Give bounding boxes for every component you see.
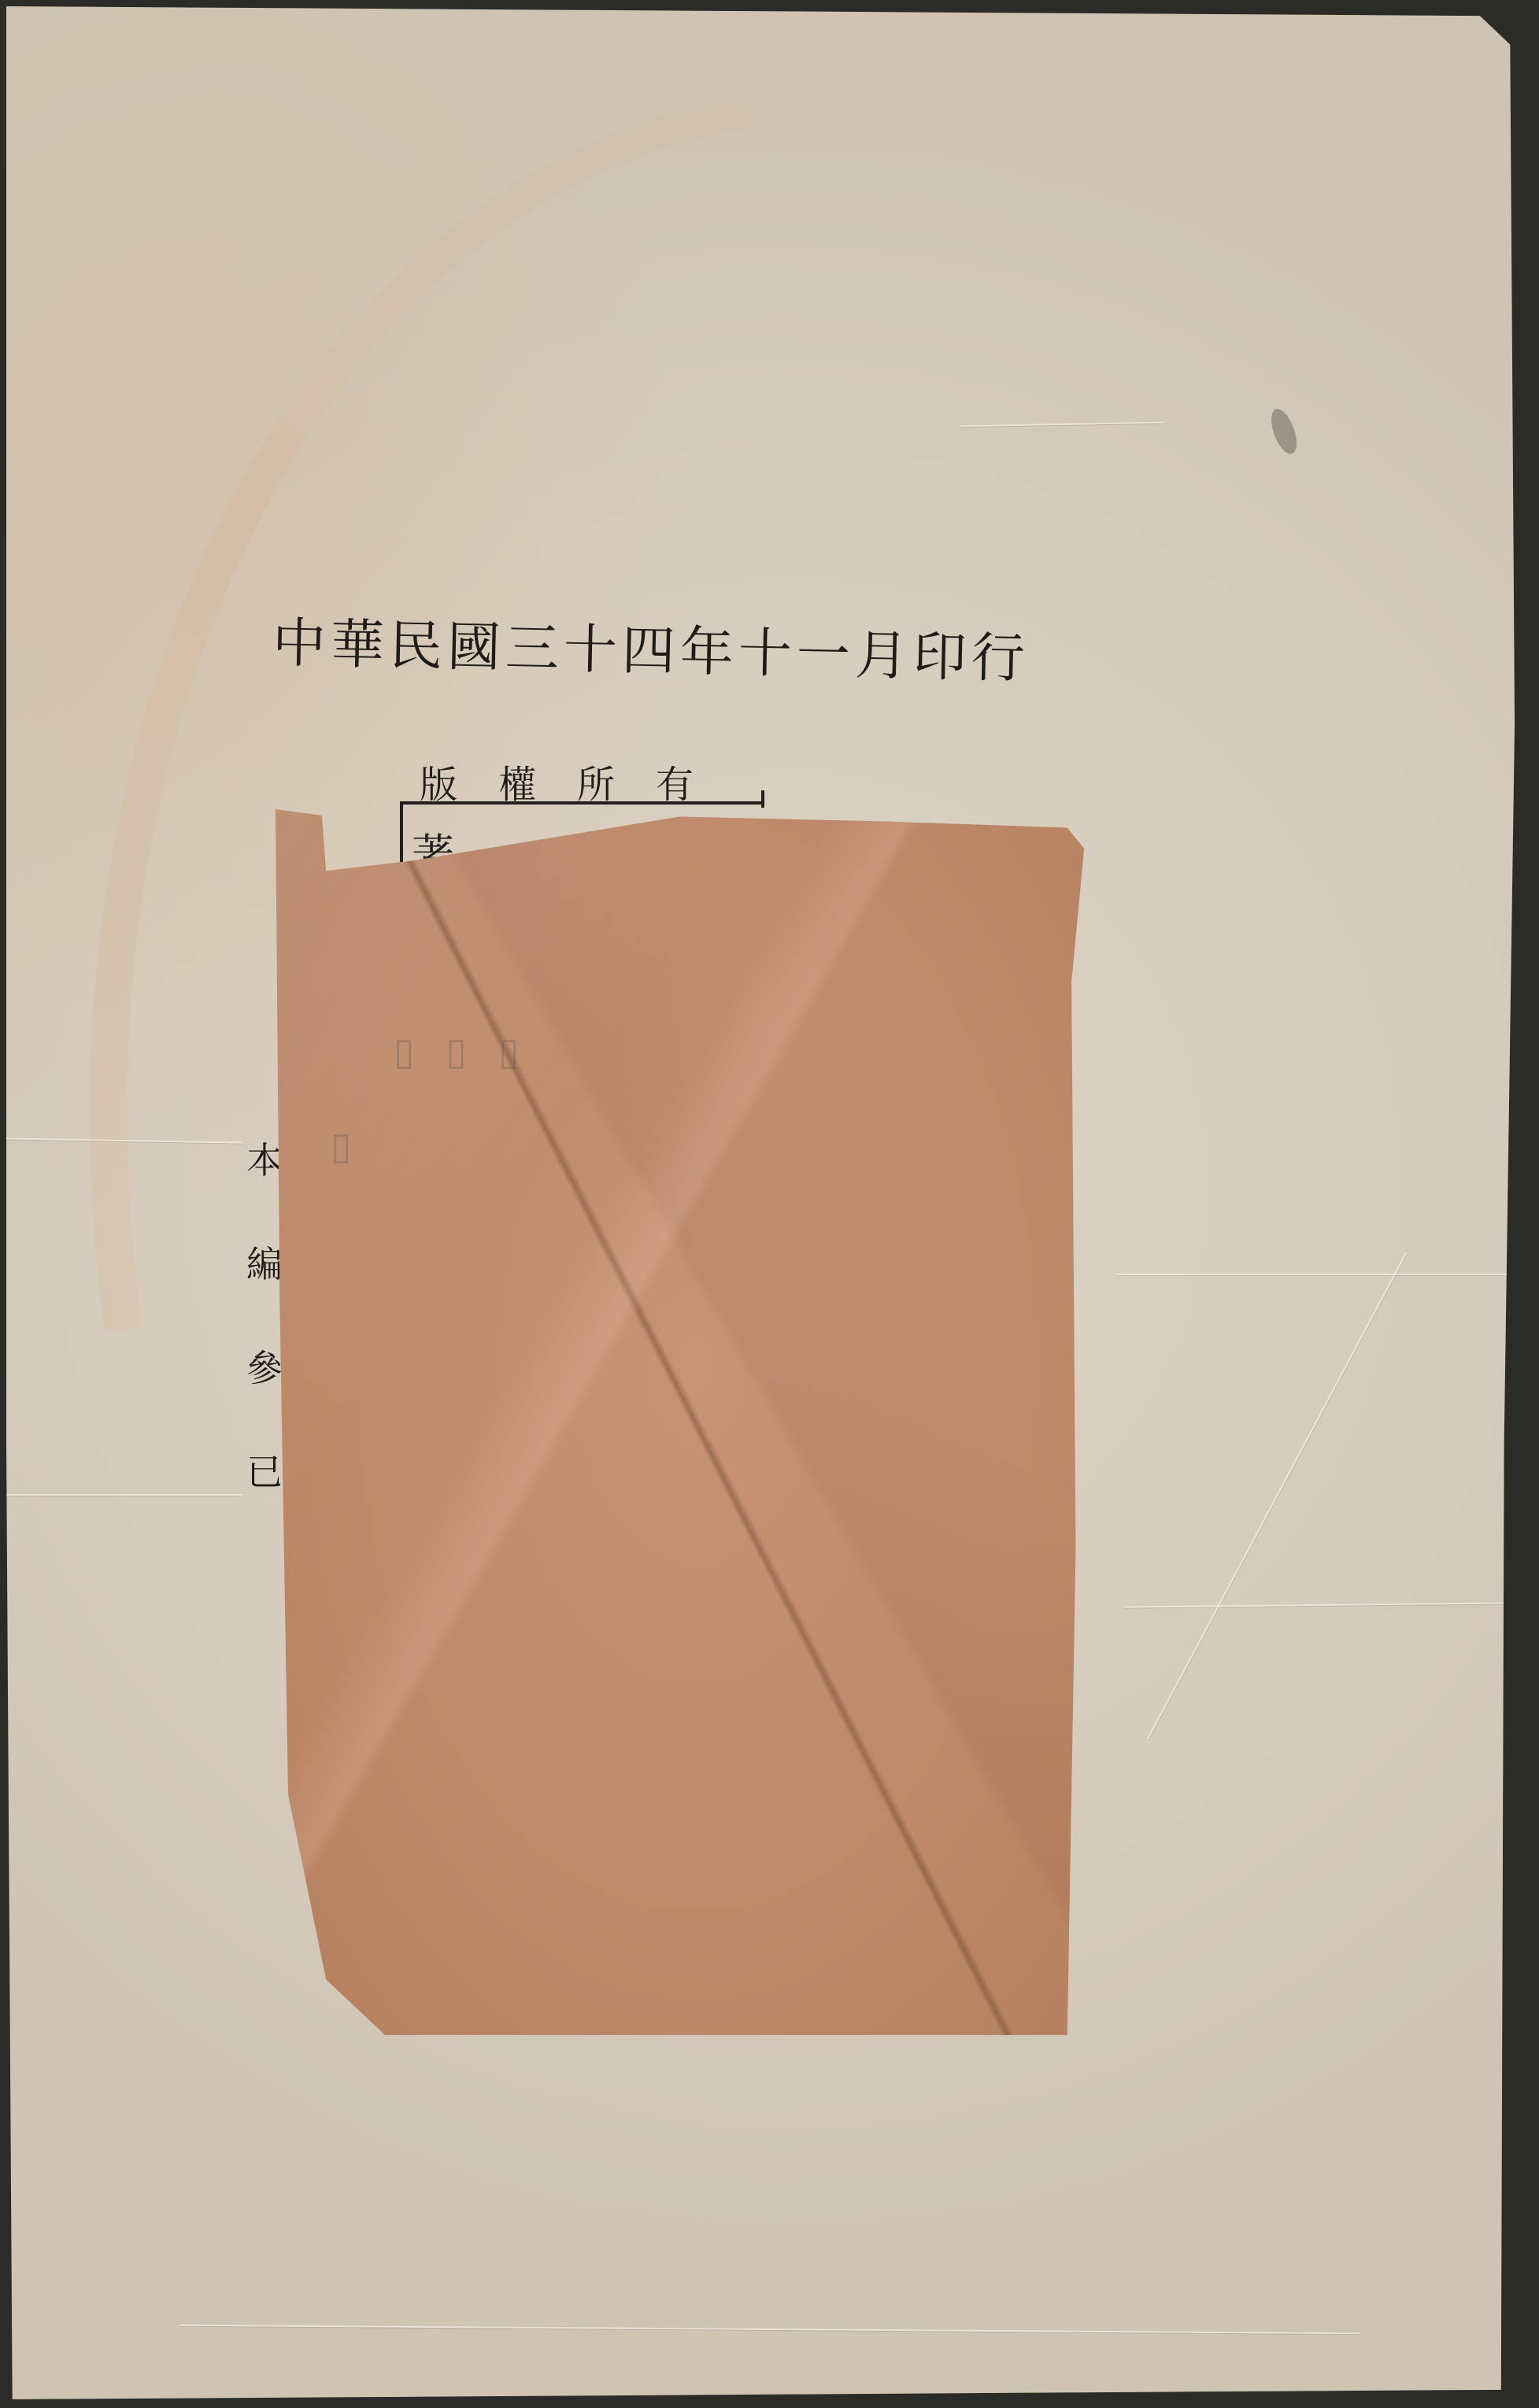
show-through-text: ▯ xyxy=(331,1124,383,1168)
paper-crease xyxy=(179,2325,1360,2334)
paper-crease xyxy=(959,422,1163,427)
copyright-heading: 版權所有 xyxy=(420,754,734,808)
fragment-char: 已 xyxy=(246,1444,286,1491)
fragment-char: 參 xyxy=(246,1340,286,1387)
paper-blemish xyxy=(1267,405,1302,457)
paper-crease xyxy=(6,1137,242,1143)
imprint-date-line: 中華民國三十四年十一月印行 xyxy=(272,601,1030,693)
paper-crease xyxy=(6,1494,242,1496)
paper-crease xyxy=(1147,1252,1407,1739)
paper-crease xyxy=(1124,1602,1510,1607)
document-page: 中華民國三十四年十一月印行 版權所有 著 本 編 參 已 ▯▯▯ ▯ xyxy=(6,6,1516,2399)
wrapper-fold-highlight xyxy=(276,809,1118,2041)
show-through-text: ▯▯▯ xyxy=(394,1030,550,1074)
paper-crease xyxy=(1116,1274,1518,1275)
brown-paper-wrapper: ▯▯▯ ▯ xyxy=(276,809,1118,2041)
